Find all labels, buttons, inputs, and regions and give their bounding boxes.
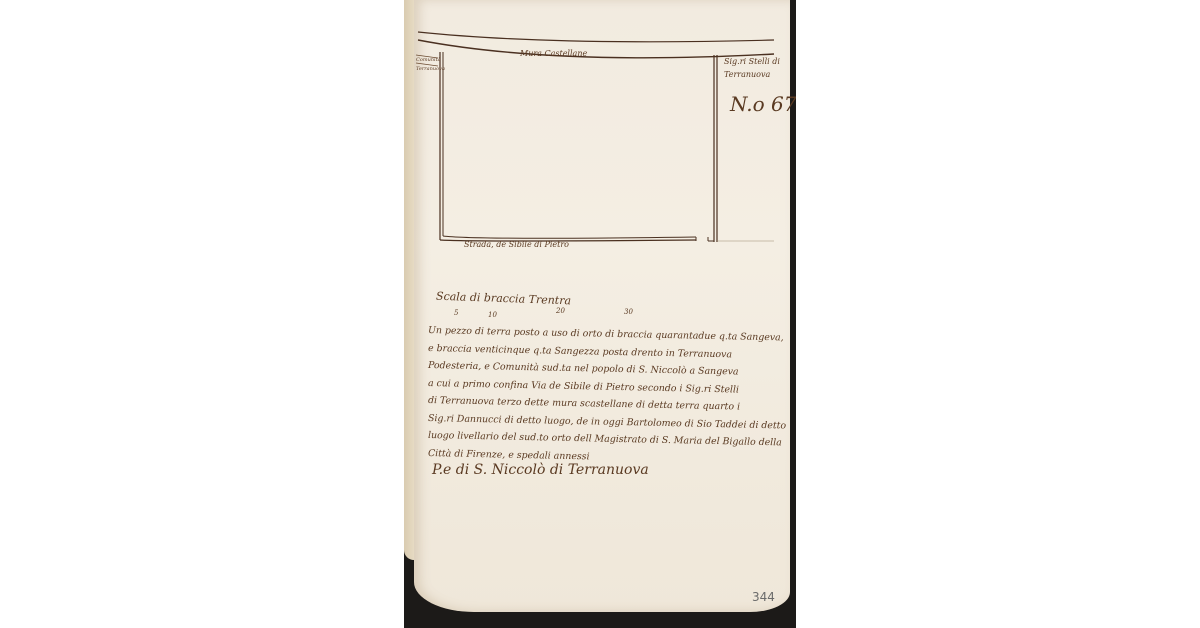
manuscript-page: Mura Castellane Comunità Terranuova Sig.… bbox=[414, 0, 790, 612]
plan-top-label: Mura Castellane bbox=[520, 49, 587, 58]
scale-tick: 20 bbox=[556, 307, 565, 315]
manuscript-scan: Mura Castellane Comunità Terranuova Sig.… bbox=[404, 0, 796, 628]
parcel-description: Un pezzo di terra posto a uso di orto di… bbox=[428, 322, 784, 462]
parcel-number: N.o 67 bbox=[730, 92, 796, 116]
plan-left-label: Comunità Terranuova bbox=[416, 56, 445, 74]
plan-drawing bbox=[414, 0, 790, 300]
folio-number: 344 bbox=[752, 590, 775, 604]
scale-tick: 30 bbox=[624, 308, 633, 316]
scale-tick: 5 bbox=[454, 309, 458, 317]
plan-bottom-label: Strada, de Sibile di Pietro bbox=[464, 240, 569, 249]
scale-tick: 10 bbox=[488, 311, 497, 319]
plan-right-label: Sig.ri Stelli di Terranuova bbox=[724, 55, 780, 81]
parish-signature: P.e di S. Niccolò di Terranuova bbox=[432, 462, 649, 478]
